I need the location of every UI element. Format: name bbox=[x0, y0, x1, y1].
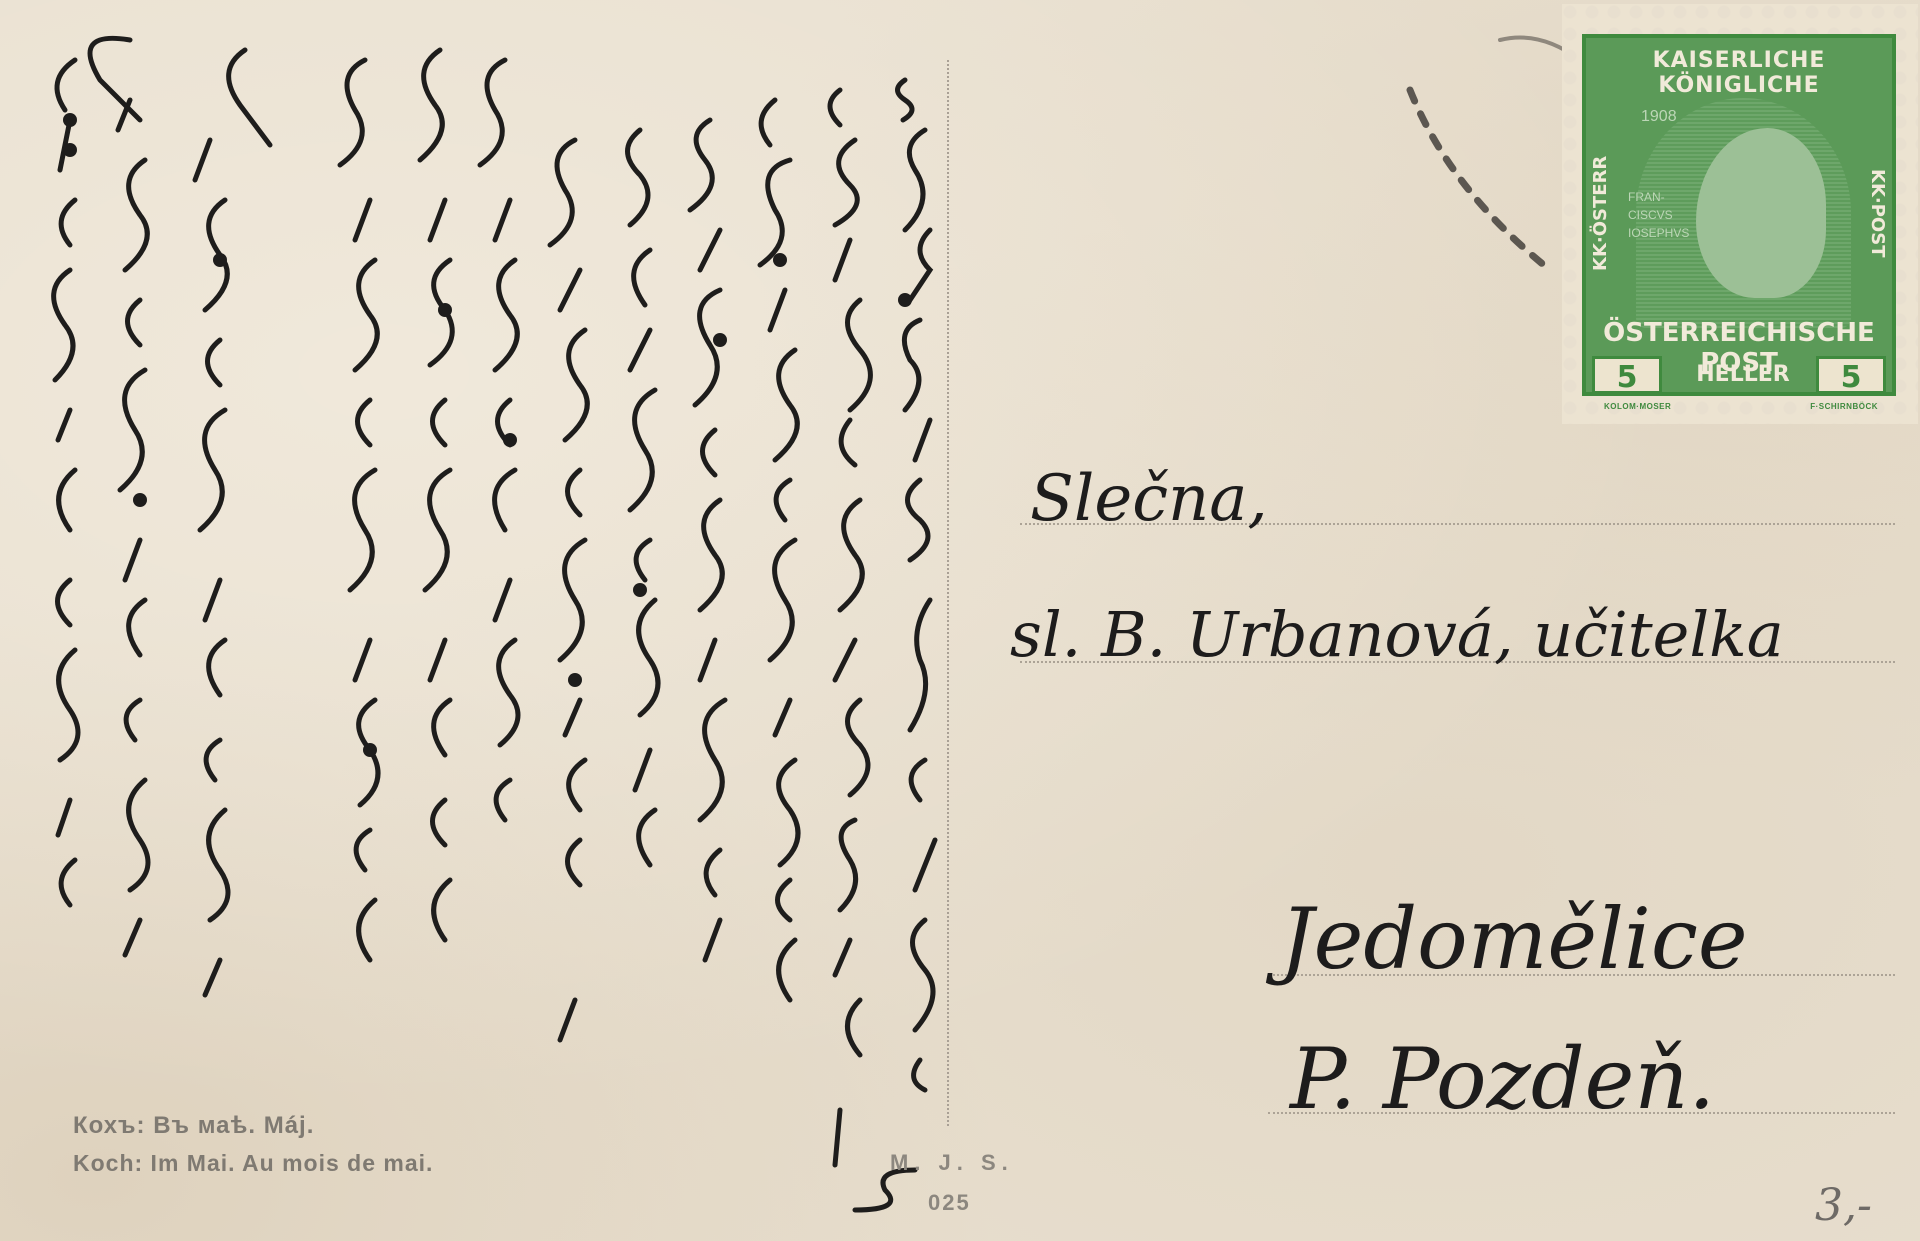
address-recipient: sl. B. Urbanová, učitelka bbox=[1010, 598, 1784, 671]
stamp-value-left: 5 bbox=[1592, 356, 1662, 394]
address-post-office: P. Pozdeň. bbox=[1290, 1030, 1715, 1128]
pencil-price-note: 3,- bbox=[1815, 1180, 1872, 1231]
stamp-value-right: 5 bbox=[1816, 356, 1886, 394]
stamp-denomination: HELLER bbox=[1676, 362, 1810, 387]
postage-stamp: KAISERLICHE KÖNIGLICHE KK·ÖSTERR KK·POST… bbox=[1562, 4, 1918, 424]
stamp-portrait-inscription: FRAN- CISCVS IOSEPHVS bbox=[1628, 188, 1688, 242]
publisher-initials: M. J. S. bbox=[890, 1150, 1014, 1176]
postcard: Кохъ: Въ маѣ. Máj. Koch: Im Mai. Au mois… bbox=[0, 0, 1920, 1241]
shorthand-message bbox=[0, 0, 960, 1241]
address-salutation: Slečna, bbox=[1030, 462, 1268, 536]
caption-latin: Koch: Im Mai. Au mois de mai. bbox=[73, 1150, 433, 1177]
stamp-year: 1908 bbox=[1641, 108, 1677, 126]
stamp-frame: KAISERLICHE KÖNIGLICHE KK·ÖSTERR KK·POST… bbox=[1582, 34, 1896, 396]
stamp-issuer-top: KAISERLICHE KÖNIGLICHE bbox=[1586, 48, 1892, 98]
stamp-engraver-credit: F·SCHIRNBÖCK bbox=[1810, 402, 1878, 411]
stamp-side-text-right: KK·POST bbox=[1858, 98, 1888, 328]
stamp-side-text-left: KK·ÖSTERR bbox=[1590, 98, 1620, 328]
stamp-designer-credit: KOLOM·MOSER bbox=[1604, 402, 1671, 411]
message-address-divider bbox=[947, 60, 949, 1126]
serial-number: 025 bbox=[928, 1190, 971, 1216]
caption-cyrillic: Кохъ: Въ маѣ. Máj. bbox=[73, 1112, 314, 1140]
address-town: Jedomělice bbox=[1280, 890, 1748, 988]
